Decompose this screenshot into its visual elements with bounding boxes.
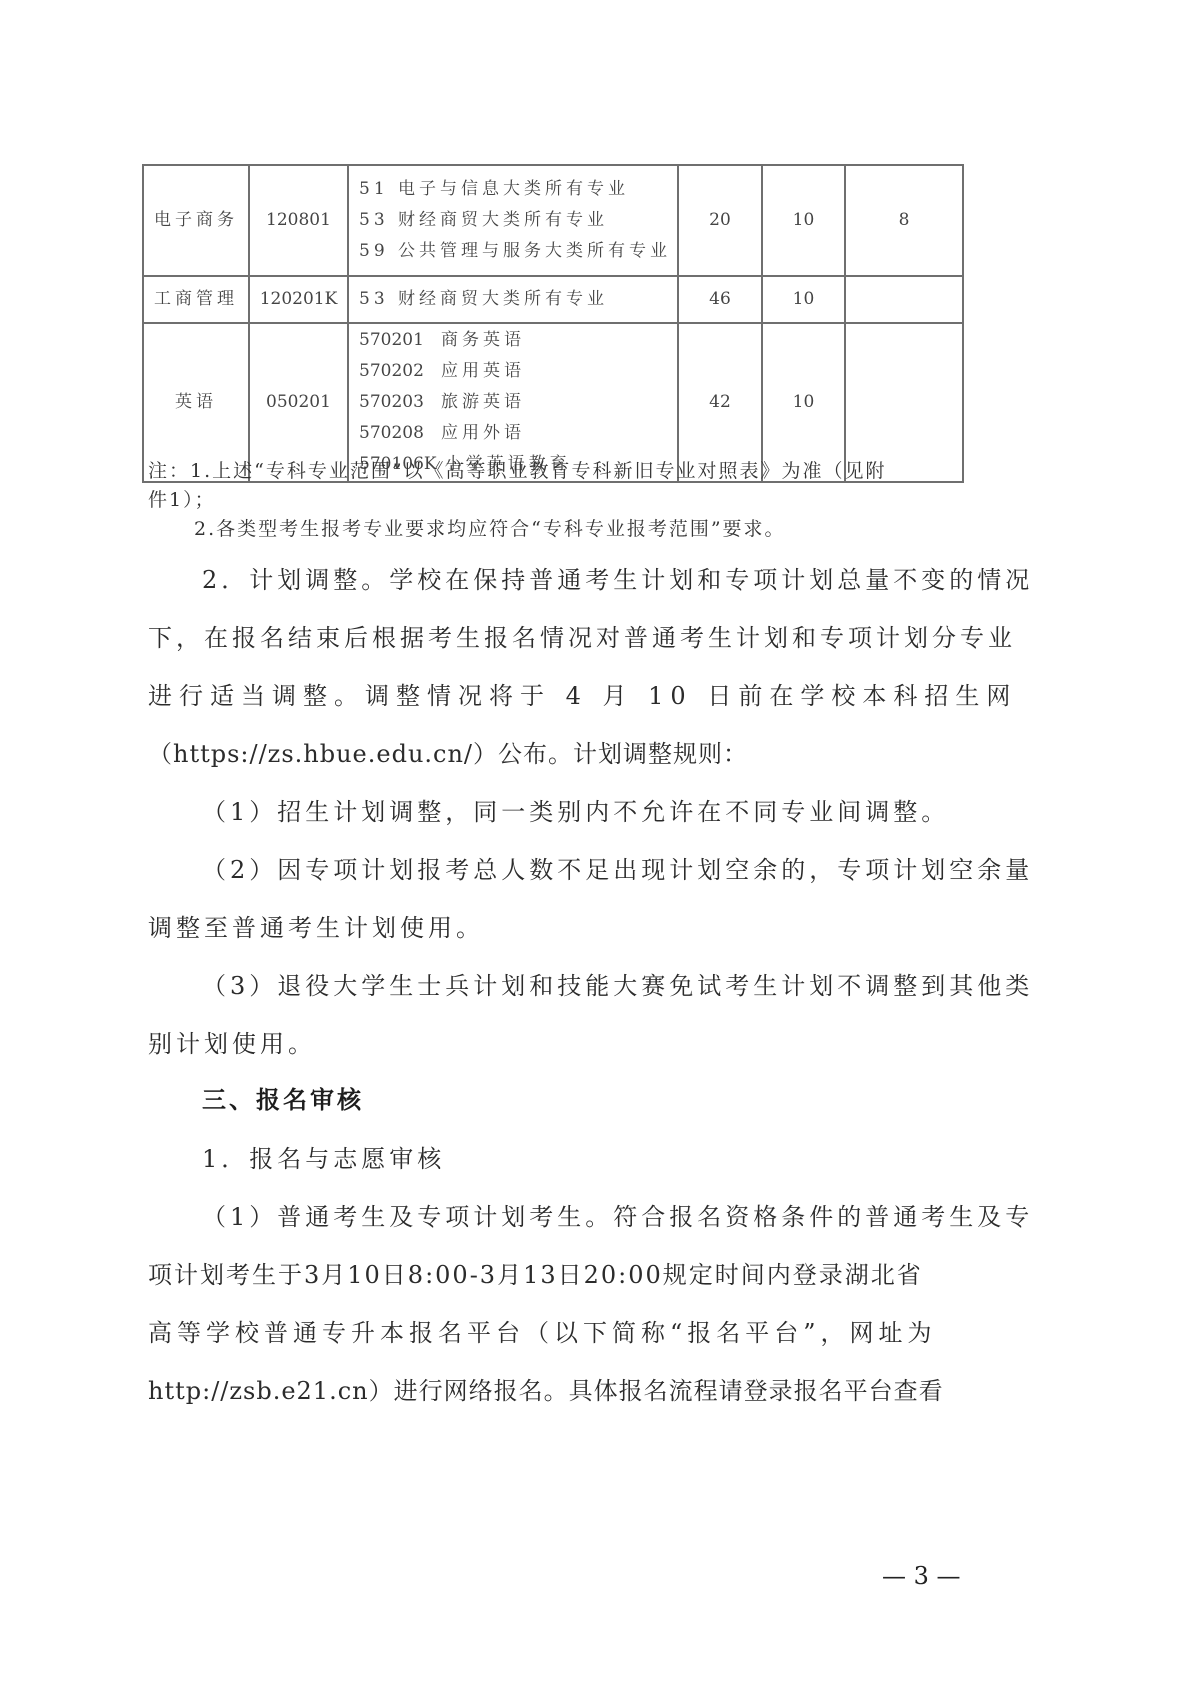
paragraph-line-url: （https://zs.hbue.edu.cn/）公布。计划调整规则： bbox=[148, 734, 748, 769]
subsection-heading: 1．报名与志愿审核 bbox=[202, 1139, 445, 1174]
paragraph-line: 下，在报名结束后根据考生报名情况对普通考生计划和专项计划分专业 bbox=[148, 618, 1016, 653]
table-note-1: 注：1.上述“专科专业范围”以《高等职业教育专科新旧专业对照表》为准（见附 bbox=[148, 456, 887, 483]
adjustment-rule-1: （1）招生计划调整，同一类别内不允许在不同专业间调整。 bbox=[202, 792, 949, 827]
eligible-range-cell: 51 电子与信息大类所有专业 53 财经商贸大类所有专业 59 公共管理与服务大… bbox=[348, 165, 678, 276]
section-heading: 三、报名审核 bbox=[202, 1080, 364, 1115]
paragraph-line: 别计划使用。 bbox=[148, 1024, 316, 1059]
major-code-cell: 120801 bbox=[249, 165, 348, 276]
major-name-cell: 工商管理 bbox=[143, 276, 249, 323]
other-plan-cell: 8 bbox=[845, 165, 963, 276]
range-line: 51 电子与信息大类所有专业 bbox=[359, 174, 677, 205]
adjustment-rule-2: （2）因专项计划报考总人数不足出现计划空余的，专项计划空余量 bbox=[202, 850, 1033, 885]
paragraph-line-url: http://zsb.e21.cn）进行网络报名。具体报名流程请登录报名平台查看 bbox=[148, 1371, 944, 1406]
paragraph-plan-adjustment: 2．计划调整。学校在保持普通考生计划和专项计划总量不变的情况 bbox=[202, 560, 1033, 595]
eligible-range-cell: 53 财经商贸大类所有专业 bbox=[348, 276, 678, 323]
range-line: 59 公共管理与服务大类所有专业 bbox=[359, 236, 677, 267]
adjustment-rule-3: （3）退役大学生士兵计划和技能大赛免试考生计划不调整到其他类 bbox=[202, 966, 1033, 1001]
paragraph-line: 进行适当调整。调整情况将于 4 月 10 日前在学校本科招生网 bbox=[148, 676, 1017, 711]
range-line: 570202应用英语 bbox=[359, 356, 677, 387]
document-page: 电子商务 120801 51 电子与信息大类所有专业 53 财经商贸大类所有专业… bbox=[0, 0, 1189, 1683]
table-row: 电子商务 120801 51 电子与信息大类所有专业 53 财经商贸大类所有专业… bbox=[143, 165, 963, 276]
range-line: 570203旅游英语 bbox=[359, 387, 677, 418]
paragraph-line: 项计划考生于3月10日8:00-3月13日20:00规定时间内登录湖北省 bbox=[148, 1255, 923, 1290]
range-line: 570208应用外语 bbox=[359, 418, 677, 449]
range-line: 53 财经商贸大类所有专业 bbox=[359, 284, 677, 315]
table-note-1-continued: 件1）； bbox=[148, 485, 216, 512]
enrollment-plan-table: 电子商务 120801 51 电子与信息大类所有专业 53 财经商贸大类所有专业… bbox=[142, 164, 964, 483]
paragraph-registration: （1）普通考生及专项计划考生。符合报名资格条件的普通考生及专 bbox=[202, 1197, 1033, 1232]
plan-count-cell: 46 bbox=[678, 276, 762, 323]
range-line: 570201商务英语 bbox=[359, 325, 677, 356]
special-plan-cell: 10 bbox=[762, 276, 845, 323]
major-name-cell: 电子商务 bbox=[143, 165, 249, 276]
special-plan-cell: 10 bbox=[762, 165, 845, 276]
major-code-cell: 120201K bbox=[249, 276, 348, 323]
range-line: 53 财经商贸大类所有专业 bbox=[359, 205, 677, 236]
table-note-2: 2.各类型考生报考专业要求均应符合“专科专业报考范围”要求。 bbox=[194, 514, 786, 541]
table-row: 工商管理 120201K 53 财经商贸大类所有专业 46 10 bbox=[143, 276, 963, 323]
paragraph-line: 高等学校普通专升本报名平台（以下简称“报名平台”，网址为 bbox=[148, 1313, 937, 1348]
plan-count-cell: 20 bbox=[678, 165, 762, 276]
other-plan-cell bbox=[845, 276, 963, 323]
paragraph-line: 调整至普通考生计划使用。 bbox=[148, 908, 484, 943]
page-number: — 3 — bbox=[882, 1562, 961, 1590]
